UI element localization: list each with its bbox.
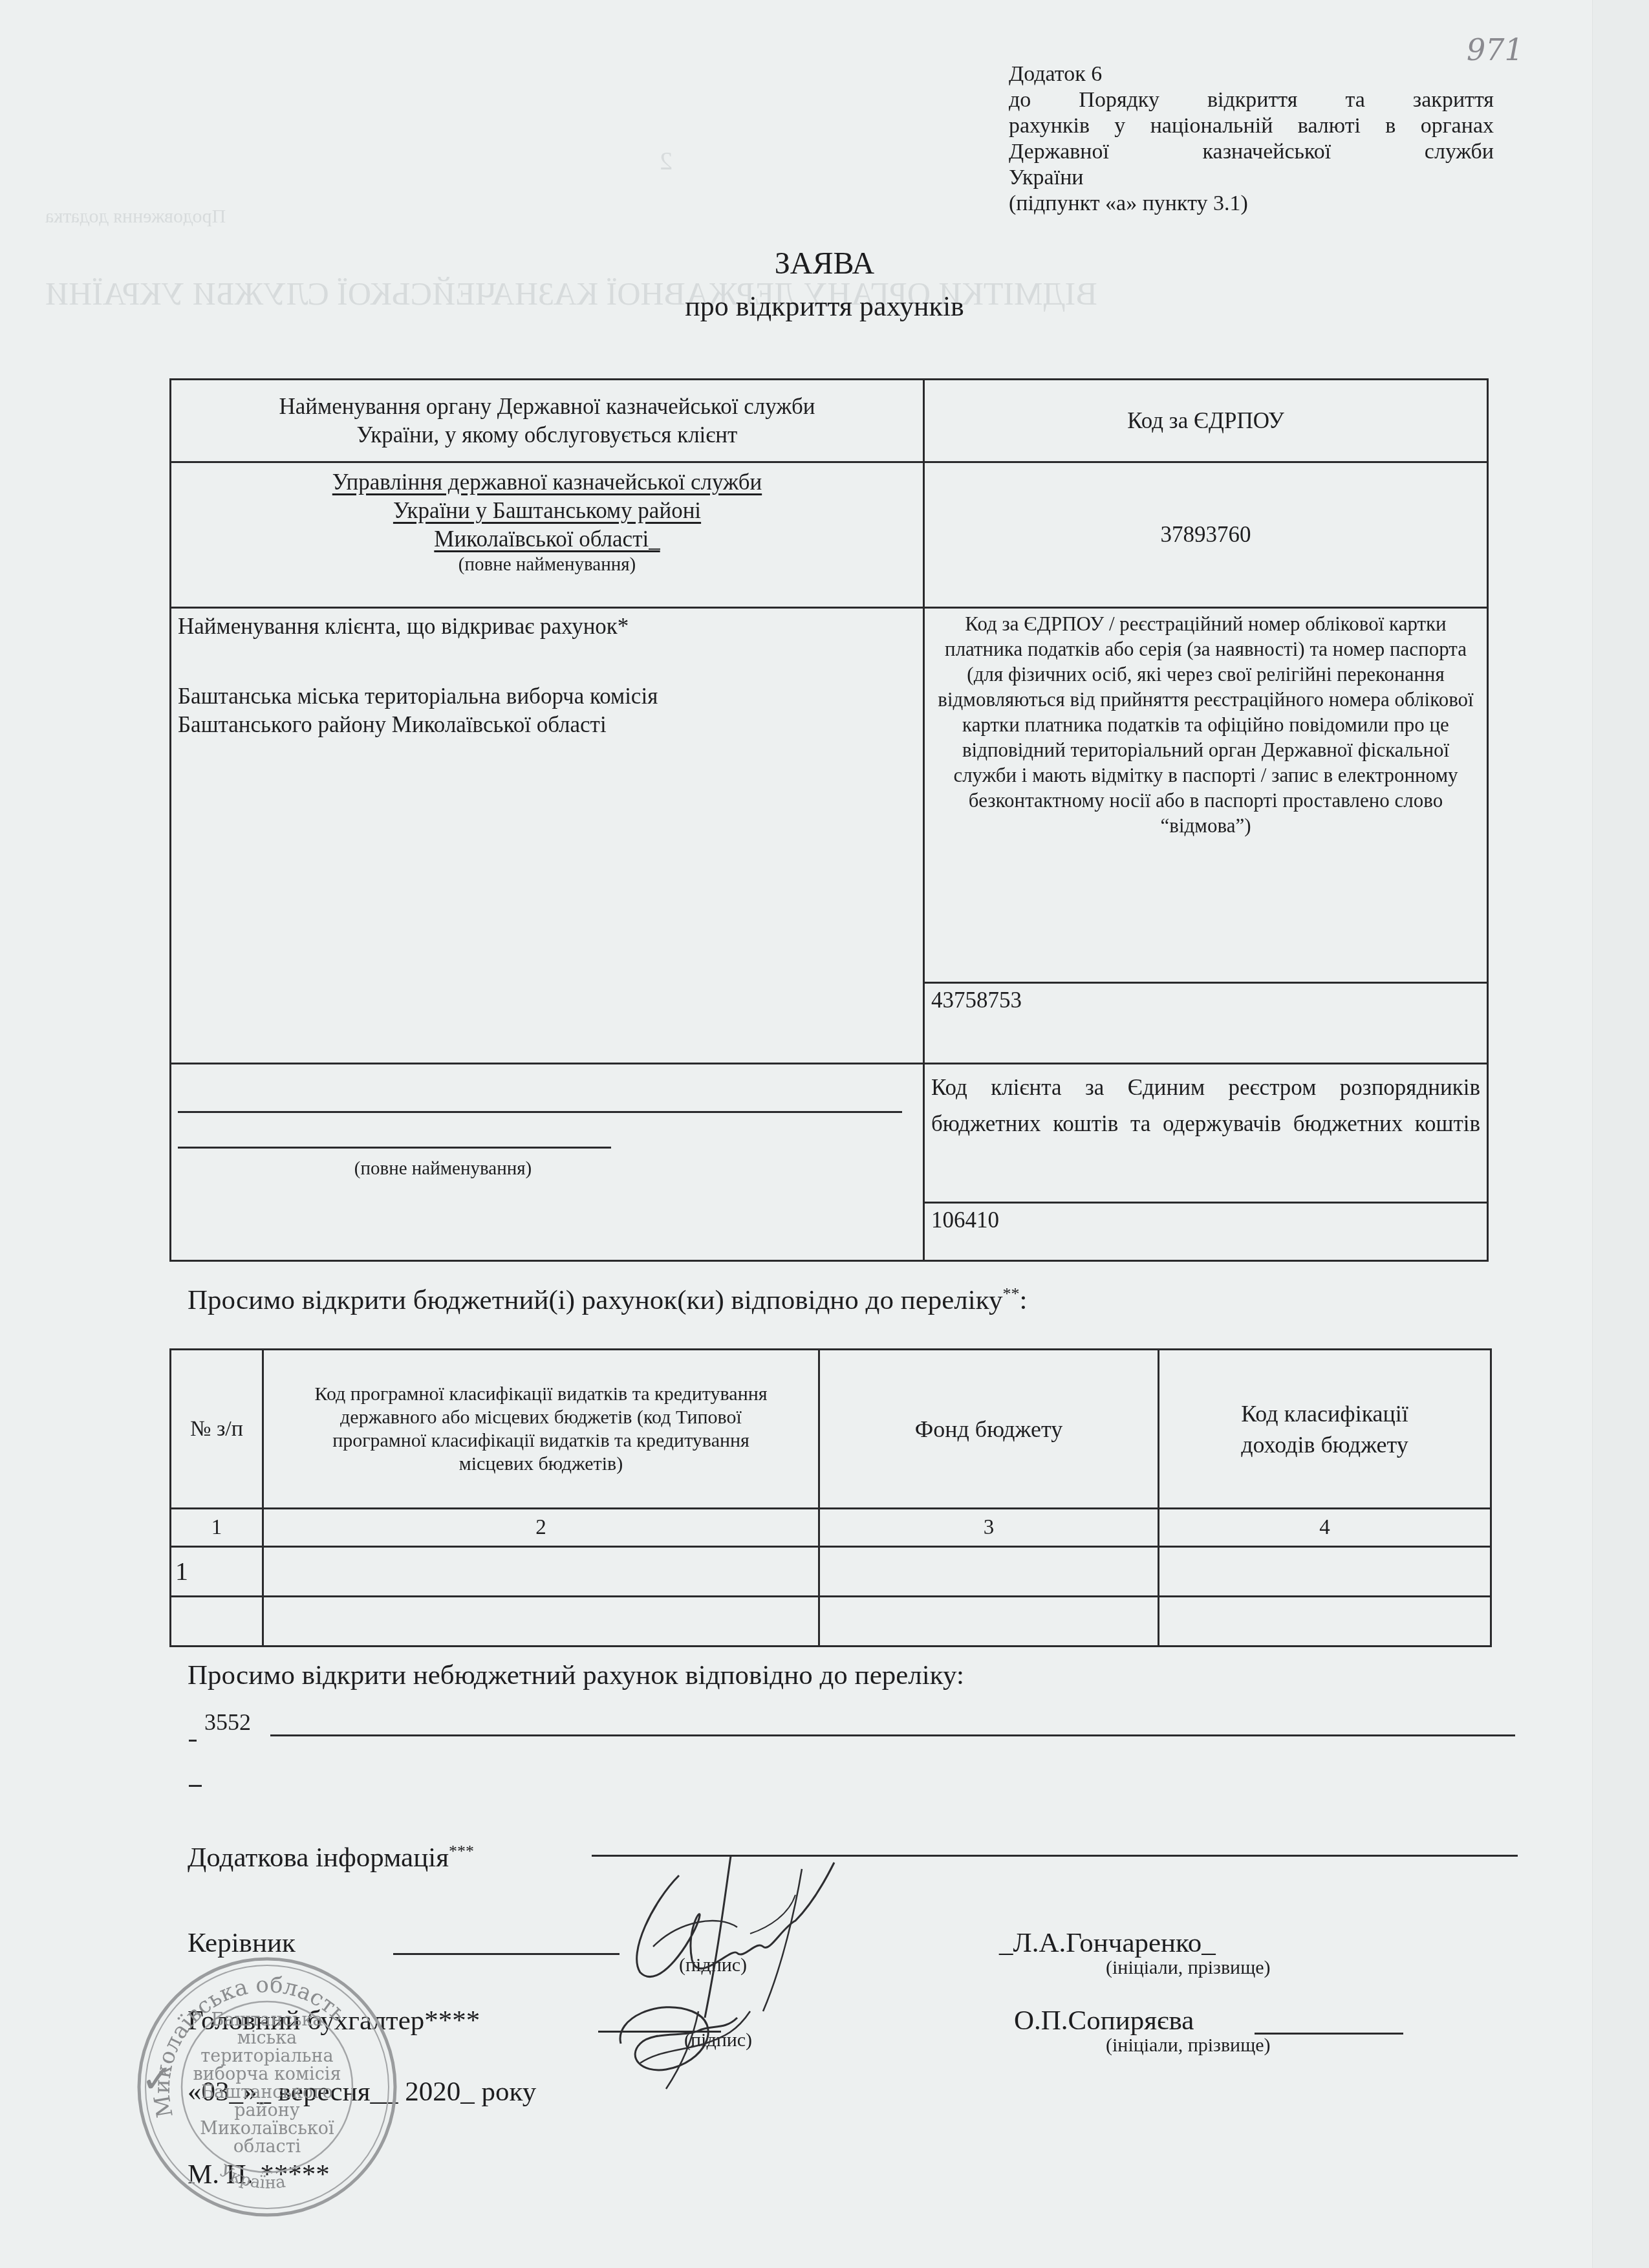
treasury-name-cell: Управління державної казначейської служб… — [171, 462, 924, 608]
accountant-name-caption: (ініціали, прізвище) — [1106, 2035, 1271, 2057]
client-name-cell: Найменування клієнта, що відкриває рахун… — [171, 608, 924, 1064]
table-row: 1 — [171, 1547, 1491, 1597]
additional-info-label: Додаткова інформація — [188, 1842, 449, 1873]
table-cell — [819, 1597, 1159, 1647]
table-cell — [171, 1597, 263, 1647]
bleed-through-continuation: Продовження додатка — [45, 206, 226, 228]
svg-text:району: району — [234, 2101, 300, 2121]
svg-text:виборча комісія: виборча комісія — [193, 2064, 341, 2084]
budget-accounts-heading: Просимо відкрити бюджетний(і) рахунок(ки… — [188, 1278, 1027, 1317]
table-cell — [1159, 1547, 1491, 1597]
footnote-mark: *** — [449, 1842, 474, 1861]
client-code-label-cell: Код за ЄДРПОУ / реєстраційний номер облі… — [924, 608, 1488, 983]
appendix-line: рахунків у національній валюті в органах — [1009, 113, 1494, 139]
second-name-caption: (повне найменування) — [178, 1158, 708, 1180]
treasury-name-line: України у Баштанському районі — [178, 497, 916, 525]
document-subtitle: про відкриття рахунків — [0, 290, 1649, 323]
appendix-line: (підпункт «а» пункту 3.1) — [1009, 191, 1494, 217]
accountant-name-line — [1255, 2033, 1403, 2035]
client-code-label: Код за ЄДРПОУ / реєстраційний номер облі… — [938, 612, 1473, 837]
table-cell — [1159, 1597, 1491, 1647]
head-name: _Л.А.Гончаренко_ — [999, 1927, 1216, 1960]
stamp-bottom-text: Україна — [217, 2161, 287, 2193]
column-number-row: 1 2 3 4 — [171, 1509, 1491, 1547]
registry-code-cell: 106410 — [924, 1203, 1488, 1261]
svg-text:територіальна: територіальна — [200, 2046, 333, 2066]
head-name-caption: (ініціали, прізвище) — [1106, 1957, 1271, 1979]
client-name-blank-line — [178, 1147, 611, 1149]
svg-text:області: області — [233, 2137, 301, 2157]
edrpou-header-cell: Код за ЄДРПОУ — [924, 380, 1488, 462]
appendix-line: до Порядку відкриття та закриття — [1009, 87, 1494, 113]
svg-text:міська: міська — [237, 2028, 297, 2048]
client-name-line: Баштанського району Миколаївської област… — [178, 711, 916, 739]
column-number: 4 — [1159, 1509, 1491, 1547]
table-row — [171, 1597, 1491, 1647]
table-cell: 1 — [171, 1547, 263, 1597]
accountant-name: О.П.Сопиряєва — [1014, 2005, 1194, 2037]
svg-text:Миколаївської: Миколаївської — [200, 2119, 334, 2139]
column-header: Фонд бюджету — [819, 1350, 1159, 1509]
nonbudget-heading: Просимо відкрити небюджетний рахунок від… — [188, 1659, 964, 1692]
table-cell — [263, 1547, 819, 1597]
table-cell — [263, 1597, 819, 1647]
nonbudget-tail-line — [189, 1785, 202, 1787]
registry-code: 106410 — [931, 1207, 999, 1233]
client-name-label: Найменування клієнта, що відкриває рахун… — [178, 612, 916, 641]
treasury-name-line: Миколаївської області_ — [178, 525, 916, 554]
treasury-name-line: Управління державної казначейської служб… — [178, 468, 916, 497]
colon: : — [1020, 1285, 1028, 1315]
stamp-center-text: Баштанська міська територіальна виборча … — [193, 2010, 341, 2157]
bleed-through-page-number: 2 — [660, 146, 673, 176]
treasury-code-cell: 37893760 — [924, 462, 1488, 608]
column-header: № з/п — [171, 1350, 263, 1509]
client-edrpou-code: 43758753 — [931, 988, 1022, 1013]
accountant-signature-scribble — [601, 1992, 770, 2095]
appendix-line: України — [1009, 165, 1494, 191]
column-number: 3 — [819, 1509, 1159, 1547]
head-signature-line — [393, 1953, 620, 1955]
svg-text:Баштанська: Баштанська — [211, 2010, 323, 2030]
column-header: Код класифікації доходів бюджету — [1159, 1350, 1491, 1509]
additional-info-heading: Додаткова інформація*** — [188, 1835, 474, 1874]
table-cell — [819, 1547, 1159, 1597]
budget-accounts-label: Просимо відкрити бюджетний(і) рахунок(ки… — [188, 1285, 1003, 1315]
official-stamp: Миколаївська область Україна Баштанська … — [135, 1954, 400, 2219]
table-header-row: № з/п Код програмної класифікації видатк… — [171, 1350, 1491, 1509]
treasury-client-table: Найменування органу Державної казначейсь… — [169, 378, 1489, 1262]
column-number: 1 — [171, 1509, 263, 1547]
edrpou-header-label: Код за ЄДРПОУ — [1127, 408, 1284, 433]
svg-text:Баштанського: Баштанського — [201, 2082, 332, 2102]
appendix-line: Додаток 6 — [1009, 61, 1494, 87]
second-client-name-cell: (повне найменування) — [171, 1064, 924, 1261]
registry-label-cell: Код клієнта за Єдиним реєстром розпорядн… — [924, 1064, 1488, 1203]
budget-accounts-table: № з/п Код програмної класифікації видатк… — [169, 1348, 1492, 1647]
treasury-edrpou-code: 37893760 — [1161, 522, 1251, 547]
nonbudget-value-line — [270, 1734, 1515, 1736]
scanner-margin — [1592, 0, 1649, 2268]
client-name-line: Баштанська міська територіальна виборча … — [178, 682, 916, 711]
registry-code-label: Код клієнта за Єдиним реєстром розпорядн… — [931, 1075, 1480, 1136]
client-code-cell: 43758753 — [924, 983, 1488, 1064]
column-header: Код програмної класифікації видатків та … — [263, 1350, 819, 1509]
column-number: 2 — [263, 1509, 819, 1547]
document-title: ЗАЯВА — [0, 246, 1649, 282]
treasury-header-cell: Найменування органу Державної казначейсь… — [171, 380, 924, 462]
appendix-line: Державної казначейської служби — [1009, 139, 1494, 165]
stamp-checkmark-icon: ✓ — [141, 2057, 173, 2102]
underline-segment — [189, 1740, 197, 1742]
treasury-name-caption: (повне найменування) — [178, 554, 916, 576]
footnote-mark: ** — [1003, 1284, 1020, 1303]
treasury-header-label: Найменування органу Державної казначейсь… — [256, 393, 838, 449]
nonbudget-account-code: 3552 — [204, 1709, 251, 1736]
appendix-header: Додаток 6 до Порядку відкриття та закрит… — [1009, 61, 1494, 217]
